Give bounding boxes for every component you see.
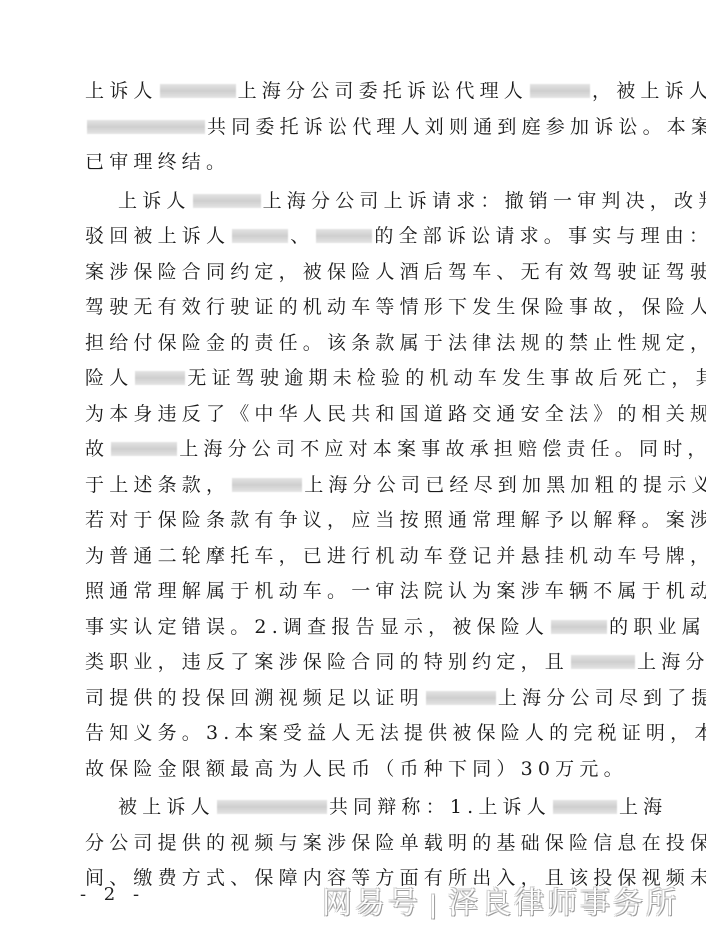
redacted-name: [571, 655, 635, 669]
page-number: - 2 -: [80, 884, 145, 905]
text-segment: 分公司提供的视频与案涉保险单载明的基础保险信息在投保时: [85, 832, 706, 854]
text-segment: 的职业属于五: [609, 616, 706, 638]
text-line: 照通常理解属于机动车。一审法院认为案涉车辆不属于机动车，: [85, 575, 630, 605]
redacted-name: [232, 478, 302, 492]
text-line: 驾驶无有效行驶证的机动车等情形下发生保险事故，保险人不承: [85, 291, 630, 321]
redacted-name: [111, 442, 177, 456]
text-segment: 事实认定错误。2.调查报告显示，被保险人: [85, 616, 549, 638]
text-segment: 上海分公司已经尽到加黑加粗的提示义务，: [304, 474, 706, 496]
text-segment: 照通常理解属于机动车。一审法院认为案涉车辆不属于机动车，: [85, 580, 706, 602]
text-line: 为普通二轮摩托车，已进行机动车登记并悬挂机动车号牌，故按: [85, 540, 630, 570]
text-segment: 的全部诉讼请求。事实与理由：1.: [374, 225, 706, 247]
text-segment: 驾驶无有效行驶证的机动车等情形下发生保险事故，保险人不承: [85, 296, 706, 318]
text-line: 险人无证驾驶逾期未检验的机动车发生事故后死亡，其行: [85, 362, 630, 392]
text-segment: 险人: [85, 367, 133, 389]
text-segment: 上海: [619, 796, 667, 818]
text-segment: 上海分公司尽到了提示: [498, 687, 706, 709]
text-segment: 为本身违反了《中华人民共和国道路交通安全法》的相关规定，: [85, 403, 706, 425]
text-segment: 上海分公: [637, 651, 706, 673]
text-line: 上诉人上海分公司委托诉讼代理人，被上诉人: [85, 75, 630, 105]
text-segment: 被上诉人: [118, 796, 215, 818]
text-line: 若对于保险条款有争议，应当按照通常理解予以解释。案涉车辆: [85, 504, 630, 534]
text-line: 为本身违反了《中华人民共和国道路交通安全法》的相关规定，: [85, 398, 630, 428]
text-segment: ，被上诉人: [592, 80, 706, 102]
text-line: 上诉人上海分公司上诉请求：撤销一审判决，改判: [85, 185, 663, 215]
text-segment: 、: [290, 225, 314, 247]
redacted-name: [232, 229, 288, 243]
text-segment: 上诉人: [118, 190, 191, 212]
text-line: 司提供的投保回溯视频足以证明上海分公司尽到了提示: [85, 682, 630, 712]
text-line: 已审理终结。: [85, 146, 630, 176]
text-segment: 告知义务。3.本案受益人无法提供被保险人的完税证明，本案身: [85, 722, 706, 744]
text-line: 共同委托诉讼代理人刘则通到庭参加诉讼。本案现: [85, 111, 630, 141]
document-page: 上诉人上海分公司委托诉讼代理人，被上诉人共同委托诉讼代理人刘则通到庭参加诉讼。本…: [0, 0, 706, 940]
text-segment: 案涉保险合同约定，被保险人酒后驾车、无有效驾驶证驾驶或者: [85, 261, 706, 283]
text-segment: 故: [85, 438, 109, 460]
text-segment: 已审理终结。: [85, 151, 230, 173]
redacted-name: [553, 800, 617, 814]
text-line: 于上述条款，上海分公司已经尽到加黑加粗的提示义务，: [85, 469, 630, 499]
redacted-name: [426, 691, 496, 705]
text-line: 被上诉人共同辩称：1.上诉人上海: [85, 791, 663, 821]
text-segment: 故保险金限额最高为人民币（币种下同）30万元。: [85, 758, 628, 780]
text-segment: 上诉人: [85, 80, 158, 102]
text-line: 事实认定错误。2.调查报告显示，被保险人的职业属于五: [85, 611, 630, 641]
watermark-platform: 网易号: [322, 886, 421, 921]
redacted-name: [551, 620, 607, 634]
redacted-name: [530, 84, 590, 98]
watermark-source: 泽良律师事务所: [448, 886, 679, 921]
redacted-name: [135, 371, 185, 385]
redacted-name: [217, 800, 327, 814]
redacted-name: [316, 229, 372, 243]
text-line: 担给付保险金的责任。该条款属于法律法规的禁止性规定，被保: [85, 327, 630, 357]
text-segment: 上海分公司委托诉讼代理人: [238, 80, 528, 102]
redacted-name: [160, 84, 236, 98]
redacted-name: [87, 120, 205, 134]
text-segment: 于上述条款，: [85, 474, 230, 496]
text-segment: 为普通二轮摩托车，已进行机动车登记并悬挂机动车号牌，故按: [85, 545, 706, 567]
text-segment: 类职业，违反了案涉保险合同的特别约定，且: [85, 651, 569, 673]
watermark-separator: |: [429, 891, 440, 919]
text-line: 类职业，违反了案涉保险合同的特别约定，且上海分公: [85, 646, 630, 676]
text-segment: 共同委托诉讼代理人刘则通到庭参加诉讼。本案现: [207, 116, 706, 138]
text-segment: 担给付保险金的责任。该条款属于法律法规的禁止性规定，被保: [85, 332, 706, 354]
text-line: 分公司提供的视频与案涉保险单载明的基础保险信息在投保时: [85, 827, 630, 857]
text-segment: 无证驾驶逾期未检验的机动车发生事故后死亡，其行: [187, 367, 706, 389]
text-line: 驳回被上诉人、的全部诉讼请求。事实与理由：1.: [85, 220, 630, 250]
text-line: 案涉保险合同约定，被保险人酒后驾车、无有效驾驶证驾驶或者: [85, 256, 630, 286]
text-segment: 若对于保险条款有争议，应当按照通常理解予以解释。案涉车辆: [85, 509, 706, 531]
text-line: 故上海分公司不应对本案事故承担赔偿责任。同时，对: [85, 433, 630, 463]
text-segment: 上海分公司上诉请求：撤销一审判决，改判: [263, 190, 706, 212]
text-line: 故保险金限额最高为人民币（币种下同）30万元。: [85, 753, 630, 783]
text-segment: 共同辩称：1.上诉人: [329, 796, 551, 818]
redacted-name: [193, 194, 261, 208]
text-segment: 上海分公司不应对本案事故承担赔偿责任。同时，对: [179, 438, 706, 460]
text-line: 告知义务。3.本案受益人无法提供被保险人的完税证明，本案身: [85, 717, 630, 747]
text-segment: 驳回被上诉人: [85, 225, 230, 247]
text-segment: 司提供的投保回溯视频足以证明: [85, 687, 424, 709]
watermark: 网易号|泽良律师事务所: [322, 878, 679, 922]
